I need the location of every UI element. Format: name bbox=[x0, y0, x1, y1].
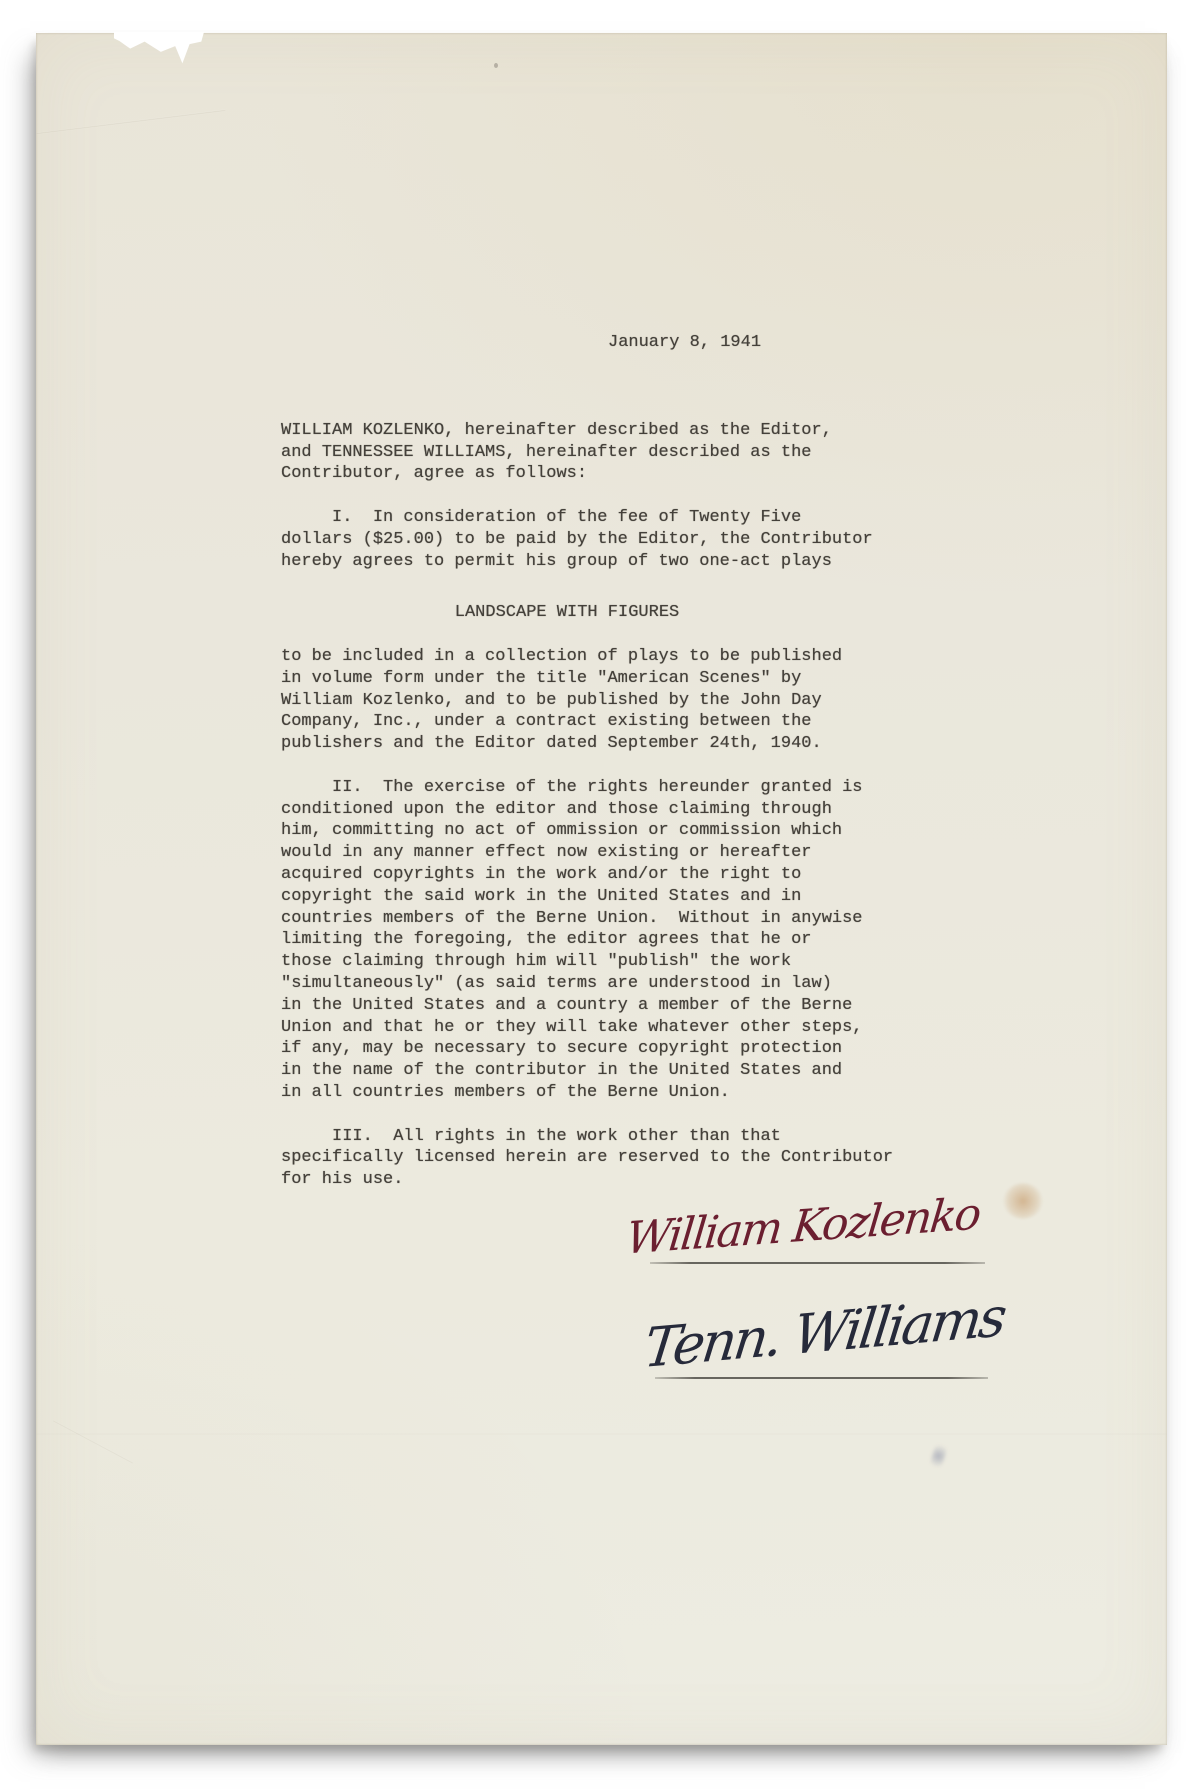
text-line: those claiming through him will "publish… bbox=[281, 951, 921, 973]
williams-signature: Tenn. Williams bbox=[641, 1285, 1008, 1380]
text-line: I. In consideration of the fee of Twenty… bbox=[281, 507, 921, 529]
text-line: III. All rights in the work other than t… bbox=[281, 1126, 921, 1148]
text-line: in volume form under the title "American… bbox=[281, 668, 921, 690]
text-line: conditioned upon the editor and those cl… bbox=[281, 799, 921, 821]
age-stain bbox=[1003, 1183, 1043, 1219]
text-line: in the name of the contributor in the Un… bbox=[281, 1060, 921, 1082]
text-line: if any, may be necessary to secure copyr… bbox=[281, 1038, 921, 1060]
text-line: William Kozlenko, and to be published by… bbox=[281, 690, 921, 712]
kozlenko-signature: William Kozlenko bbox=[624, 1188, 982, 1264]
ink-smudge bbox=[928, 1440, 950, 1473]
text-line: in the United States and a country a mem… bbox=[281, 995, 921, 1017]
clause-ii-paragraph: II. The exercise of the rights hereunder… bbox=[281, 777, 921, 1104]
text-line: would in any manner effect now existing … bbox=[281, 842, 921, 864]
text-line: II. The exercise of the rights hereunder… bbox=[281, 777, 921, 799]
paper-tear-notch bbox=[114, 32, 204, 64]
text-line: him, committing no act of ommission or c… bbox=[281, 820, 921, 842]
text-line: specifically licensed herein are reserve… bbox=[281, 1147, 921, 1169]
text-line: publishers and the Editor dated Septembe… bbox=[281, 733, 921, 755]
paper-crease bbox=[37, 109, 226, 134]
date-line: January 8, 1941 bbox=[608, 332, 921, 354]
fold-crease bbox=[36, 1433, 1167, 1435]
text-line: "simultaneously" (as said terms are unde… bbox=[281, 973, 921, 995]
clause-i-paragraph: I. In consideration of the fee of Twenty… bbox=[281, 507, 921, 572]
text-line: dollars ($25.00) to be paid by the Edito… bbox=[281, 529, 921, 551]
text-line: to be included in a collection of plays … bbox=[281, 646, 921, 668]
photo-background: January 8, 1941 WILLIAM KOZLENKO, herein… bbox=[0, 0, 1200, 1791]
text-line: limiting the foregoing, the editor agree… bbox=[281, 929, 921, 951]
text-line: for his use. bbox=[281, 1169, 921, 1191]
text-line: acquired copyrights in the work and/or t… bbox=[281, 864, 921, 886]
text-line: countries members of the Berne Union. Wi… bbox=[281, 908, 921, 930]
text-line: Union and that he or they will take what… bbox=[281, 1017, 921, 1039]
text-line: Company, Inc., under a contract existing… bbox=[281, 711, 921, 733]
text-line: hereby agrees to permit his group of two… bbox=[281, 551, 921, 573]
preamble-paragraph: WILLIAM KOZLENKO, hereinafter described … bbox=[281, 420, 921, 485]
publication-paragraph: to be included in a collection of plays … bbox=[281, 646, 921, 755]
text-line: copyright the said work in the United St… bbox=[281, 886, 921, 908]
signature-underline-2 bbox=[655, 1377, 988, 1379]
clause-iii-paragraph: III. All rights in the work other than t… bbox=[281, 1126, 921, 1191]
play-title-heading: LANDSCAPE WITH FIGURES bbox=[281, 602, 885, 624]
text-line: Contributor, agree as follows: bbox=[281, 463, 921, 485]
text-line: WILLIAM KOZLENKO, hereinafter described … bbox=[281, 420, 921, 442]
paper-crease bbox=[53, 1420, 133, 1464]
contract-document-page: January 8, 1941 WILLIAM KOZLENKO, herein… bbox=[36, 33, 1167, 1745]
text-line: in all countries members of the Berne Un… bbox=[281, 1082, 921, 1104]
paper-speck bbox=[494, 63, 498, 68]
text-line: and TENNESSEE WILLIAMS, hereinafter desc… bbox=[281, 442, 921, 464]
signature-underline-1 bbox=[650, 1262, 985, 1264]
typewritten-text: January 8, 1941 WILLIAM KOZLENKO, herein… bbox=[281, 332, 921, 1191]
